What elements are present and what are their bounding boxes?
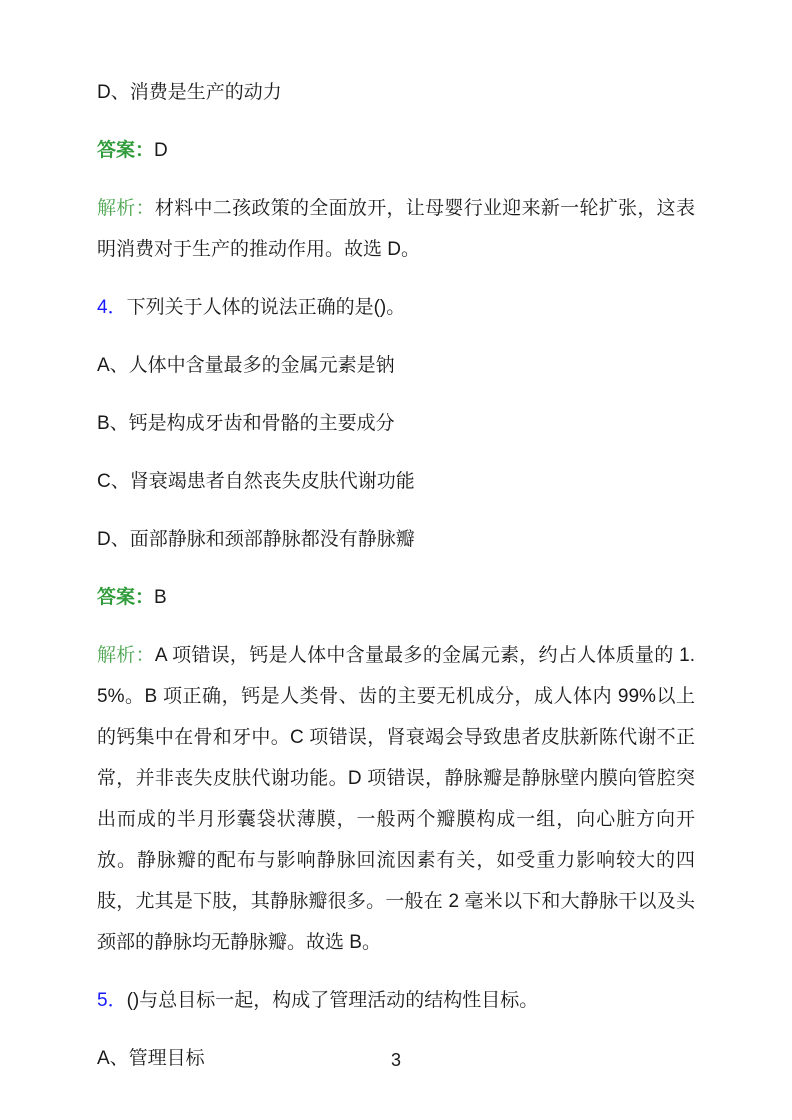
q3-analysis-text: 材料中二孩政策的全面放开，让母婴行业迎来新一轮扩张，这表明消费对于生产的推动作用… [97, 198, 695, 260]
q4-option-d: D、面部静脉和颈部静脉都没有静脉瓣 [97, 519, 695, 560]
q4-stem: 4．下列关于人体的说法正确的是()。 [97, 287, 695, 328]
page-number: 3 [0, 1049, 792, 1071]
q4-option-a: A、人体中含量最多的金属元素是钠 [97, 345, 695, 386]
q4-answer-line: 答案：B [97, 577, 695, 618]
q4-number: 4． [97, 297, 127, 318]
q4-analysis-label: 解析： [97, 645, 155, 666]
q3-answer-label: 答案： [97, 140, 154, 161]
q5-number: 5． [97, 990, 127, 1011]
q3-answer-value: D [154, 140, 168, 161]
q4-option-c: C、肾衰竭患者自然丧失皮肤代谢功能 [97, 461, 695, 502]
q5-stem: 5．()与总目标一起，构成了管理活动的结构性目标。 [97, 980, 695, 1021]
q4-answer-value: B [154, 587, 167, 608]
q3-answer-line: 答案：D [97, 130, 695, 171]
q3-analysis: 解析：材料中二孩政策的全面放开，让母婴行业迎来新一轮扩张，这表明消费对于生产的推… [97, 188, 695, 270]
document-page: D、消费是生产的动力 答案：D 解析：材料中二孩政策的全面放开，让母婴行业迎来新… [0, 0, 792, 1120]
q3-analysis-label: 解析： [97, 198, 155, 219]
q4-analysis: 解析：A 项错误，钙是人体中含量最多的金属元素，约占人体质量的 1.5%。B 项… [97, 635, 695, 963]
q3-option-d: D、消费是生产的动力 [97, 72, 695, 113]
q4-option-b: B、钙是构成牙齿和骨骼的主要成分 [97, 403, 695, 444]
q4-answer-label: 答案： [97, 587, 154, 608]
q4-stem-text: 下列关于人体的说法正确的是()。 [127, 297, 406, 318]
q4-analysis-text: A 项错误，钙是人体中含量最多的金属元素，约占人体质量的 1.5%。B 项正确，… [97, 645, 695, 953]
q5-stem-text: ()与总目标一起，构成了管理活动的结构性目标。 [127, 990, 539, 1011]
